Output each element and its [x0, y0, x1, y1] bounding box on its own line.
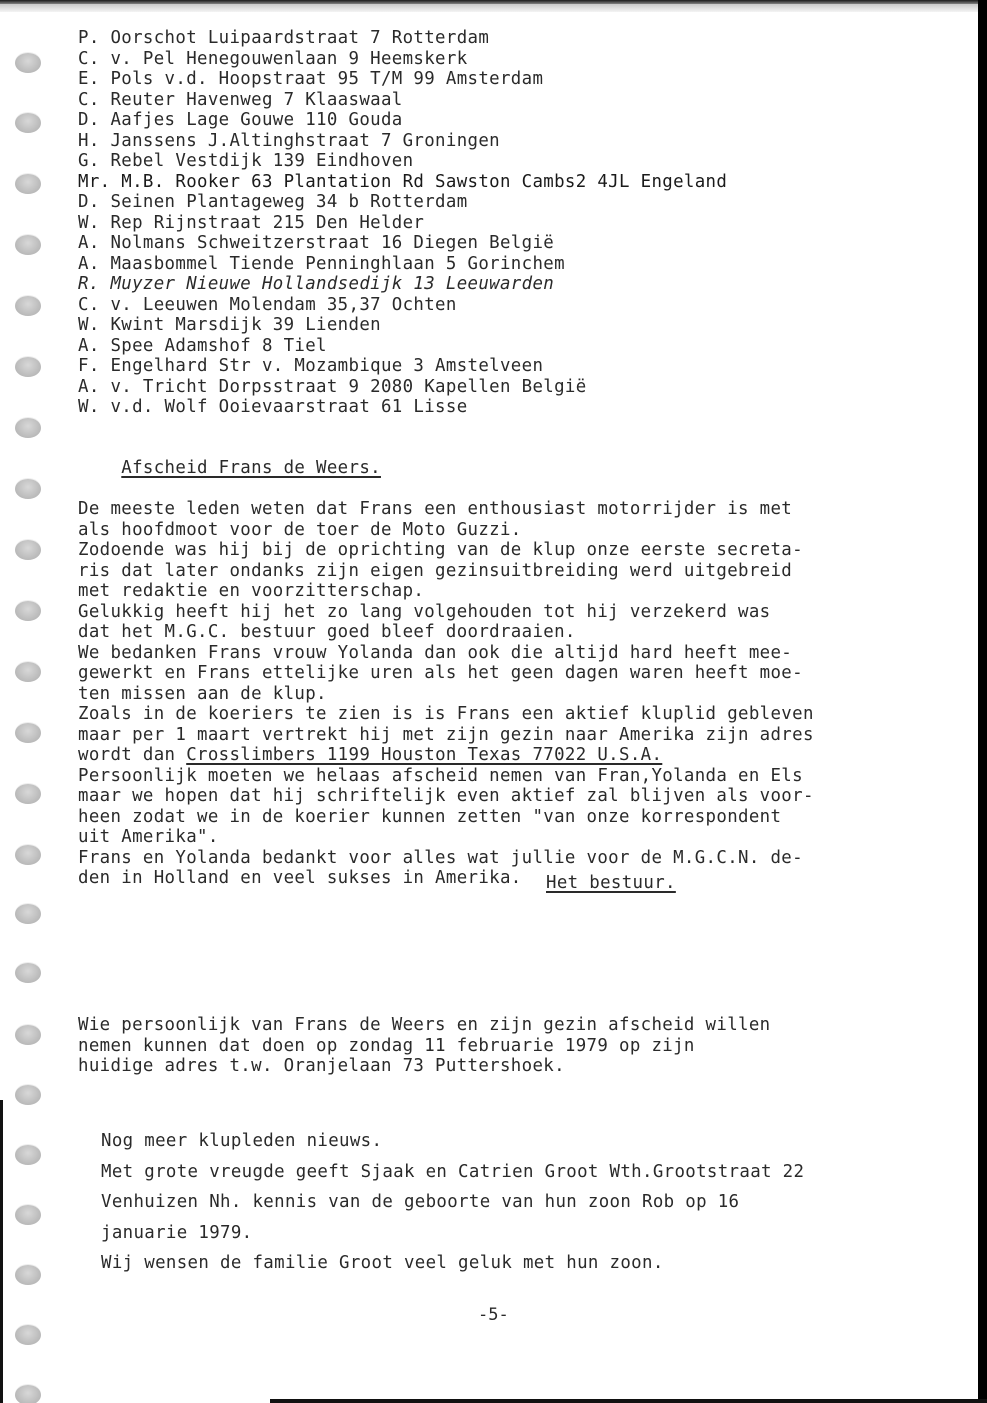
paragraph-line: maar we hopen dat hij schriftelijk even … — [78, 786, 938, 807]
paragraph-line: Gelukkig heeft hij het zo lang volgehoud… — [78, 602, 938, 623]
punch-hole — [15, 601, 41, 621]
paragraph-line: wordt dan Crosslimbers 1199 Houston Texa… — [78, 745, 938, 766]
address-line: R. Muyzer Nieuwe Hollandsedijk 13 Leeuwa… — [78, 274, 938, 295]
address-line: A. v. Tricht Dorpsstraat 9 2080 Kapellen… — [78, 377, 938, 398]
punch-hole — [15, 662, 41, 682]
paragraph-line: dat het M.G.C. bestuur goed bleef doordr… — [78, 622, 938, 643]
punch-hole — [15, 1025, 41, 1045]
address-line: P. Oorschot Luipaardstraat 7 Rotterdam — [78, 28, 938, 49]
punch-hole — [15, 845, 41, 865]
paragraph-line: gewerkt en Frans ettelijke uren als het … — [78, 663, 938, 684]
address-line: A. Maasbommel Tiende Penninghlaan 5 Gori… — [78, 254, 938, 275]
invitation-line: nemen kunnen dat doen op zondag 11 febru… — [78, 1036, 770, 1057]
punch-hole — [15, 1085, 41, 1105]
address-line: E. Pols v.d. Hoopstraat 95 T/M 99 Amster… — [78, 69, 938, 90]
farewell-section: Afscheid Frans de Weers. — [78, 438, 938, 500]
address-prefix: wordt dan — [78, 745, 186, 765]
invitation-line: Wie persoonlijk van Frans de Weers en zi… — [78, 1015, 770, 1036]
address-line: C. Reuter Havenweg 7 Klaaswaal — [78, 90, 938, 111]
paragraph-line: Zoals in de koeriers te zien is is Frans… — [78, 704, 938, 725]
punch-hole — [15, 53, 41, 73]
punch-hole — [15, 1205, 41, 1225]
punch-hole — [15, 235, 41, 255]
paragraph-line: uit Amerika". — [78, 827, 938, 848]
address-line: A. Spee Adamshof 8 Tiel — [78, 336, 938, 357]
address-line: A. Nolmans Schweitzerstraat 16 Diegen Be… — [78, 233, 938, 254]
news-line: Wij wensen de familie Groot veel geluk m… — [101, 1248, 804, 1279]
paragraph-line: den in Holland en veel sukses in Amerika… — [78, 868, 938, 889]
paragraph-line: Frans en Yolanda bedankt voor alles wat … — [78, 848, 938, 869]
punch-hole — [15, 113, 41, 133]
punch-hole — [15, 357, 41, 377]
address-line: G. Rebel Vestdijk 139 Eindhoven — [78, 151, 938, 172]
paragraph-line: ten missen aan de klup. — [78, 684, 938, 705]
paragraph-line: heen zodat we in de koerier kunnen zette… — [78, 807, 938, 828]
address-line: C. v. Leeuwen Molendam 35,37 Ochten — [78, 295, 938, 316]
punch-hole — [15, 1325, 41, 1345]
address-line: D. Seinen Plantageweg 34 b Rotterdam — [78, 192, 938, 213]
section-title: Afscheid Frans de Weers. — [121, 458, 381, 479]
address-line: Mr. M.B. Rooker 63 Plantation Rd Sawston… — [78, 172, 938, 193]
punch-hole — [15, 418, 41, 438]
scan-right-edge — [978, 0, 987, 1403]
paragraph-line: Persoonlijk moeten we helaas afscheid ne… — [78, 766, 938, 787]
paragraph-line: We bedanken Frans vrouw Yolanda dan ook … — [78, 643, 938, 664]
punch-hole — [15, 723, 41, 743]
paragraph-line: ris dat later ondanks zijn eigen gezinsu… — [78, 561, 938, 582]
punch-hole — [15, 479, 41, 499]
punch-hole — [15, 784, 41, 804]
address-line: H. Janssens J.Altinghstraat 7 Groningen — [78, 131, 938, 152]
page-number: -5- — [478, 1305, 509, 1325]
address-line: D. Aafjes Lage Gouwe 110 Gouda — [78, 110, 938, 131]
invitation: Wie persoonlijk van Frans de Weers en zi… — [78, 1015, 770, 1077]
address-line: W. Kwint Marsdijk 39 Lienden — [78, 315, 938, 336]
scan-bottom-edge — [270, 1399, 987, 1403]
punch-hole — [15, 1265, 41, 1285]
punch-hole — [15, 963, 41, 983]
new-address: Crosslimbers 1199 Houston Texas 77022 U.… — [186, 745, 662, 765]
paragraph-line: Zodoende was hij bij de oprichting van d… — [78, 540, 938, 561]
club-news: Nog meer klupleden nieuws. Met grote vre… — [101, 1126, 804, 1279]
invitation-line: huidige adres t.w. Oranjelaan 73 Putters… — [78, 1056, 770, 1077]
address-list: P. Oorschot Luipaardstraat 7 Rotterdam C… — [78, 28, 938, 889]
paragraph-line: als hoofdmoot voor de toer de Moto Guzzi… — [78, 520, 938, 541]
paragraph-line: maar per 1 maart vertrekt hij met zijn g… — [78, 725, 938, 746]
punch-hole — [15, 1385, 41, 1403]
address-line: F. Engelhard Str v. Mozambique 3 Amstelv… — [78, 356, 938, 377]
news-heading: Nog meer klupleden nieuws. — [101, 1126, 804, 1157]
punch-hole — [15, 540, 41, 560]
paragraph-line: De meeste leden weten dat Frans een enth… — [78, 499, 938, 520]
punch-hole — [15, 296, 41, 316]
punch-holes — [0, 0, 60, 1403]
address-line: W. v.d. Wolf Ooievaarstraat 61 Lisse — [78, 397, 938, 418]
punch-hole — [15, 174, 41, 194]
news-line: januarie 1979. — [101, 1218, 804, 1249]
scan-top-shadow — [0, 4, 978, 12]
signature: Het bestuur. — [546, 873, 676, 894]
news-line: Venhuizen Nh. kennis van de geboorte van… — [101, 1187, 804, 1218]
address-line: C. v. Pel Henegouwenlaan 9 Heemskerk — [78, 49, 938, 70]
address-line: W. Rep Rijnstraat 215 Den Helder — [78, 213, 938, 234]
punch-hole — [15, 904, 41, 924]
punch-hole — [15, 1145, 41, 1165]
news-line: Met grote vreugde geeft Sjaak en Catrien… — [101, 1157, 804, 1188]
paragraph-line: met redaktie en voorzitterschap. — [78, 581, 938, 602]
